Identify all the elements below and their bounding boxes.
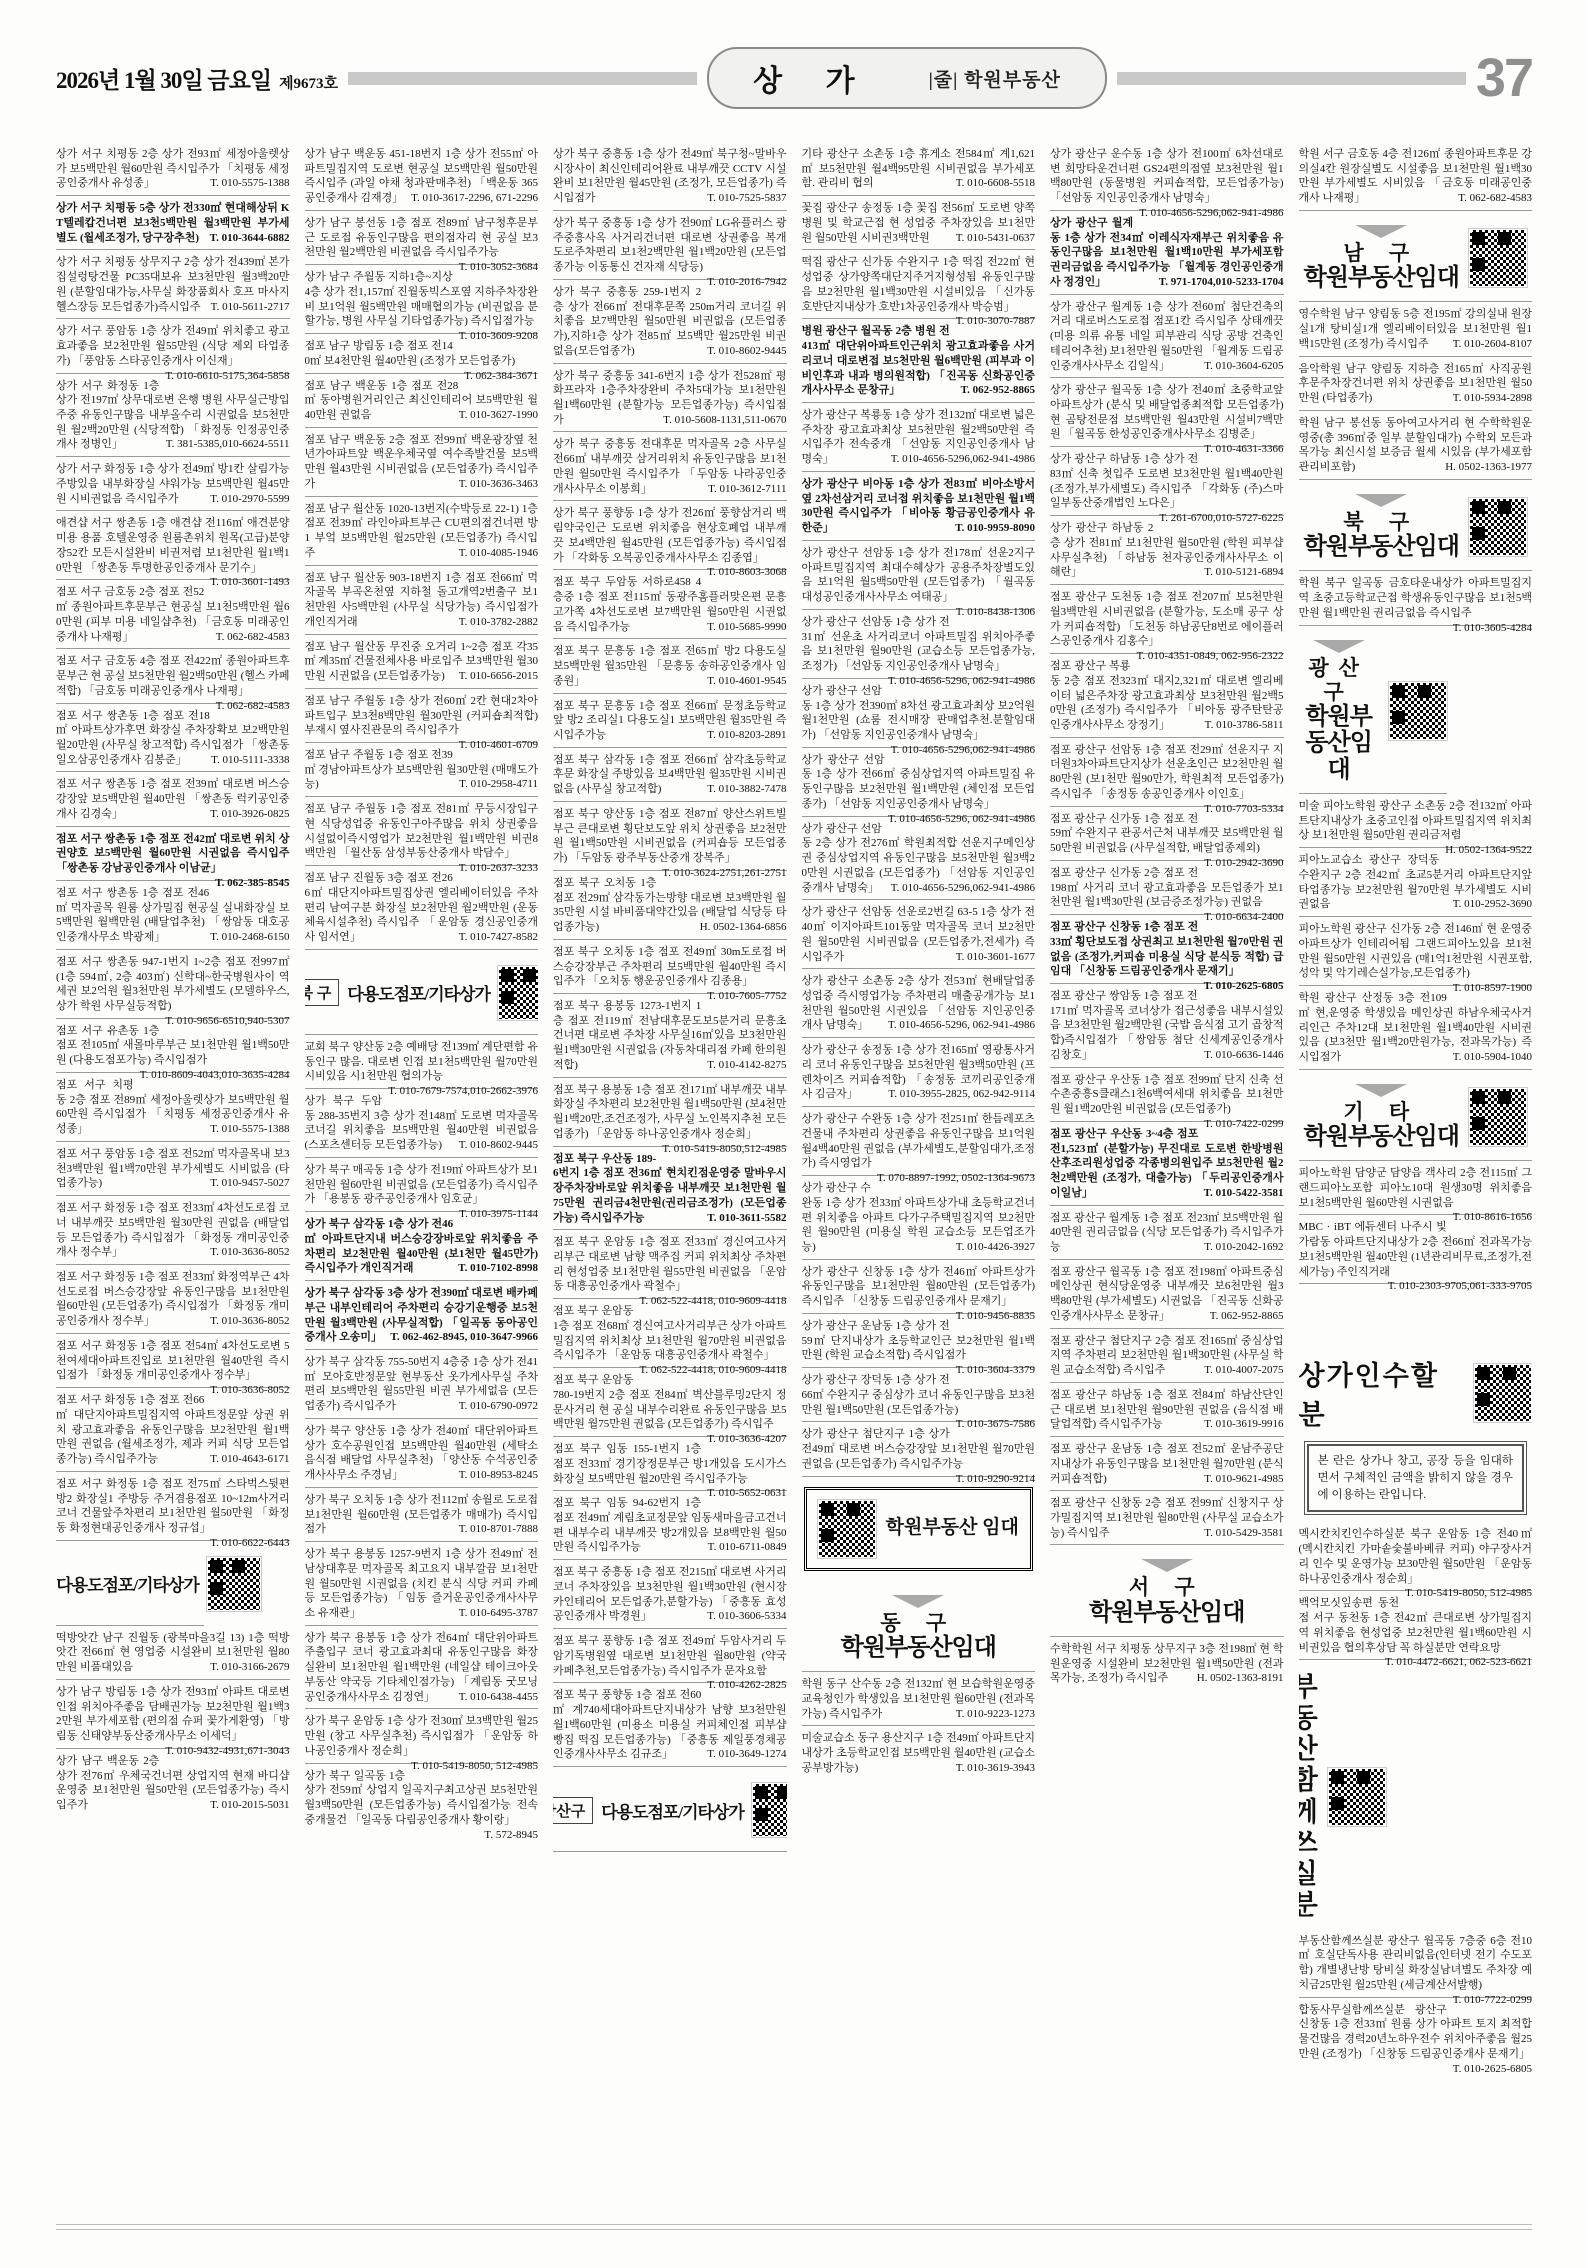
listing-phone: T. 010-9656-6510,940-5307 — [159, 1014, 289, 1029]
academy-region-label: 학원부동산임대 — [841, 1635, 996, 1661]
listing-ad: 상가 북구 운암동 1층 상가 전30㎡ 보3백만원 월25만원 (창고 사무실… — [305, 1709, 539, 1763]
listing-text: 점포 북구 양산동 1층 점포 전87㎡ 양산스위트빌부근 큰대로변 횡단보도앞… — [553, 808, 787, 864]
listing-phone: T. 010-3604-6205 — [1198, 359, 1283, 374]
listing-text: 상가 광산구 운수동 1층 상가 전100㎡ 6차선대로변 희망타운건너편 GS… — [1050, 148, 1284, 204]
listing-phone: T. 010-5111-3338 — [205, 753, 289, 768]
listing-ad: 상가 남구 주월동 지하1층~지상4층 상가 전1,157㎡ 진월동빅스포옆 지… — [305, 265, 539, 334]
listing-phone: T. 010-6495-3787 — [453, 1606, 538, 1621]
district-section-label: 다용도점포/기타상가 — [601, 1798, 744, 1823]
share-title-line1: 부동산 — [1299, 1672, 1318, 1765]
listing-phone: H. 0502-1364-6856 — [694, 920, 787, 935]
listing-phone: T. 010-2468-6150 — [204, 930, 289, 945]
listing-ad: 점포 북구 중흥동 1층 점포 전215㎡ 대로변 사거리 코너 주차장있음 보… — [553, 1560, 787, 1629]
listing-phone: T. 010-3636-8052 — [204, 1383, 289, 1398]
listing-phone: T. 010-3955-2825, 062-942-9114 — [882, 1087, 1035, 1102]
listing-phone: T. 010-2952-3690 — [1447, 897, 1532, 912]
listing-ad: 떡집 광산구 신가동 수완지구 1층 떡집 전22㎡ 현 성업중 상가양쪽대단지… — [802, 250, 1036, 319]
academy-region-label: 학원부동산임대 — [1089, 1600, 1244, 1626]
listing-phone: T. 010-2604-8107 — [1447, 337, 1532, 352]
listing-text: 피아노학원 담양군 담양읍 객사리 2층 전115㎡ 그랜드피아노포함 피아노1… — [1299, 1167, 1533, 1208]
listing-text: 상가 광산구 장덕동 1층 상가 전66㎡ 수완지구 중심상가 코너 유동인구많… — [802, 1374, 1036, 1415]
listing-phone: T. 010-4601-6709 — [453, 738, 538, 753]
section-pill: 상 가 |줄| 학원부동산 — [707, 47, 1107, 109]
listing-phone: T. 010-3786-5811 — [1199, 718, 1284, 733]
listing-text: 피아노학원 광산구 신가동 2층 전146㎡ 현 운영중 아파트상가 인테리어됨… — [1299, 923, 1533, 979]
listing-phone: T. 010-7679-7574,010-2662-3976 — [382, 1084, 538, 1099]
academy-region-stack: 북 구학원부동산임대 — [1304, 494, 1459, 561]
share-title-line2: 함께 쓰실 분 — [1299, 1765, 1318, 1920]
academy-region-name: 동 구 — [841, 1611, 996, 1635]
listing-phone: T. 062-522-4418, 010-9609-4418 — [633, 1294, 786, 1309]
listing-ad: 상가 북구 일곡동 1층 상가 전59㎡ 상업지 일곡지구최고상권 보5천만원 … — [305, 1764, 539, 1832]
listing-ad: 상가 북구 매곡동 1층 상가 전19㎡ 아파트상가 보1천만원 월60만원 비… — [305, 1158, 539, 1212]
listing-phone: T. 010-2625-6805 — [1447, 2062, 1532, 2077]
listing-ad: 상가 광산구 비아동 1층 상가 전83㎡ 비아소방서옆 2차선삼거리 코너접 … — [802, 472, 1036, 541]
listing-ad: 점포 북구 임동 94-62번지 1층 점포 전49㎡ 계림초교정문앞 임동새마… — [553, 1491, 787, 1560]
listing-phone: T. 010-3636-8052 — [204, 1314, 289, 1329]
listing-ad: 점포 광산구 운남동 1층 점포 전52㎡ 운남주공단지내상가 유동인구많음 보… — [1050, 1437, 1284, 1491]
listing-text: 점포 광산구 선암동 1층 점포 전29㎡ 선운지구 지더원3차아파트단지상가 … — [1050, 744, 1284, 800]
listing-text: 상가 광산구 신창동 1층 상가 전46㎡ 아파트상가 유동인구많음 보1천만원… — [802, 1266, 1036, 1307]
listing-phone: T. 010-9290-9214 — [950, 1472, 1035, 1487]
listing-ad: 점포 광산구 신창동 2층 점포 전99㎡ 신창지구 상가밀집지역 보1천만원 … — [1050, 1491, 1284, 1545]
listing-text: 점포 남구 방림동 1층 점포 전140㎡ 보4천만원 월40만원 (조정가 모… — [305, 340, 516, 367]
listing-phone: T. 010-3601-1677 — [950, 950, 1035, 965]
qr-code-icon — [1389, 682, 1447, 740]
listing-ad: 백억모싯잎송편 동천점 서구 동천동 1층 전42㎡ 큰대로변 상가밀집지역 위… — [1299, 1591, 1533, 1660]
listing-ad: 점포 광산구 하남동 1층 점포 전84㎡ 하남산단인근 대로변 보1천만원 월… — [1050, 1383, 1284, 1437]
listing-phone: T. 062-682-4583 — [1452, 191, 1532, 206]
listing-text: 상가 남구 봉선동 1층 점포 전89㎡ 남구청후문부근 도로접 유동인구많음 … — [305, 217, 539, 258]
listing-phone: T. 010-9959-8090 — [949, 521, 1035, 536]
listing-phone: T. 062-682-4583 — [210, 699, 290, 714]
listing-phone: T. 010-4656-5296, 062-941-4986 — [882, 812, 1035, 827]
listing-text: 점포 서구 쌍촌동 947-1번지 1~2층 점포 전997㎡ (1층 594㎡… — [56, 956, 290, 1012]
listing-phone: T. 010-9456-8835 — [950, 1309, 1035, 1324]
listing-phone: T. 010-3606-5334 — [701, 1609, 786, 1624]
listing-phone: T. 010-9621-4985 — [1198, 1472, 1283, 1487]
listing-phone: T. 010-3975-1144 — [453, 1207, 538, 1222]
listing-phone: T. 010-3649-1274 — [701, 1747, 786, 1762]
listing-phone: T. 010-3612-7111 — [702, 482, 786, 497]
listing-text: 점포 서구 화정동 1층 점포 전75㎡ 스타벅스뒷편 방2 화장실1 주방등 … — [56, 1478, 290, 1534]
listing-ad: 상가 광산구 선암동 1층 상가 전31㎡ 선운초 사거리코너 아파트밀집 위치… — [802, 610, 1036, 679]
header-rule-left — [348, 72, 697, 85]
district-section-label: 다용도점포/기타상가 — [56, 1571, 199, 1596]
listing-text: 점포 서구 화정동 1층 점포 전54㎡ 4차선도로변 5천여세대아파트진입로 … — [56, 1340, 290, 1381]
listing-ad: 상가 북구 중흥동 1층 상가 전49㎡ 북구청~말바우시장사이 최신인테리어완… — [553, 142, 787, 211]
listing-text: 상가 광산구 선암동 1층 상가 전31㎡ 선운초 사거리코너 아파트밀집 위치… — [802, 616, 1036, 672]
listing-ad: 합동사무실함께쓰실분 광산구 신창동 1층 전33㎡ 원룸 상가 아파트 토지 … — [1299, 1998, 1533, 2066]
listing-phone: T. 010-2016-7942 — [701, 275, 786, 290]
triangle-down-icon — [1141, 1559, 1193, 1572]
listing-phone: T. 010-2015-5031 — [204, 1798, 289, 1813]
listing-text: 합동사무실함께쓰실분 광산구 신창동 1층 전33㎡ 원룸 상가 아파트 토지 … — [1299, 2004, 1533, 2060]
listing-text: 점포 북구 임동 155-1번지 1층 점포 전33㎡ 경기장정문부근 방1개있… — [553, 1443, 787, 1484]
triangle-down-icon — [1313, 640, 1365, 653]
section-subtitle: |줄| 학원부동산 — [929, 65, 1061, 92]
listing-ad: 점포 서구 화정동 1층 점포 전33㎡ 4차선도로접 코너 내부깨끗 보5백만… — [56, 1196, 290, 1265]
listing-ad: 상가 북구 두암동 288-35번지 3층 상가 전148㎡ 도로변 먹자골목 … — [305, 1089, 539, 1158]
listing-ad: 점포 남구 월산동 무진중 오거리 1~2층 점포 각35㎡ 계35㎡ 건물전체… — [305, 635, 539, 689]
listing-ad: 점포 서구 쌍촌동 1층 점포 전42㎡ 대로변 위치 상권양호 보5백만원 월… — [56, 827, 290, 881]
listing-ad: 피아노교습소 광산구 장덕동 수완지구 2층 전42㎡ 초교5분거리 아파트단지… — [1299, 848, 1533, 917]
listing-ad: 상가 남구 백운동 2층 상가 전76㎡ 우체국건너편 상업지역 현재 바디샵운… — [56, 1749, 290, 1817]
share-title: 부동산함께 쓰실 분 — [1299, 1672, 1318, 1920]
listing-phone: T. 010-4142-8275 — [701, 1058, 786, 1073]
listing-text: 점포 북구 풍향동 1층 점포 전49㎡ 두암사거리 두암기독병원옆 대로변 보… — [553, 1635, 787, 1676]
listing-phone: T. 062-384-3671 — [458, 369, 538, 384]
listing-ad: 점포 북구 삼각동 1층 점포 전66㎡ 삼각초등학교후문 화장실 주방있음 보… — [553, 748, 787, 802]
listing-ad: 상가 북구 삼각동 3층 상가 전390㎡ 대로변 배카페부근 내부인테리어 주… — [305, 1281, 539, 1350]
district-chip: 북 구 — [305, 979, 340, 1006]
listing-text: 점포 서구 유촌동 1층 점포 전105㎡ 새몰마루부근 보1천만원 월1백50… — [56, 1025, 290, 1066]
listing-ad: 점포 북구 운암동 1층 점포 전68㎡ 경신여고사거리부근 상가 아파트밀집지… — [553, 1299, 787, 1368]
listing-ad: 음악학원 남구 양림동 지하층 전165㎡ 사직공원 후문주차장건너편 위치 상… — [1299, 357, 1533, 411]
listing-text: 상가 남구 주월동 지하1층~지상4층 상가 전1,157㎡ 진월동빅스포옆 지… — [305, 271, 539, 327]
column-5: 상가 광산구 운수동 1층 상가 전100㎡ 6차선대로변 희망타운건너편 GS… — [1050, 142, 1284, 2222]
listing-ad: 점포 서구 화정동 1층 점포 전33㎡ 화정역부근 4차선도로접 버스승강장앞… — [56, 1265, 290, 1334]
listing-phone: T. 010-4656-5296,062-941-4986 — [885, 743, 1035, 758]
listing-ad: 상가 북구 중흥동 341-6번지 1층 상가 전528㎡ 평화프라자 1층주차… — [553, 364, 787, 433]
listing-ad: 점포 서구 쌍촌동 1층 점포 전18㎡ 아파트상가후면 화장실 주차장확보 보… — [56, 704, 290, 773]
academy-region-stack: 서 구학원부동산임대 — [1089, 1559, 1244, 1626]
listing-phone: T. 010-7427-8582 — [453, 930, 538, 945]
listing-phone: T. 010-2942-3690 — [1198, 856, 1283, 871]
listing-ad: 상가 광산구 선암동 1층 상가 전66㎡ 중심상업지역 아파트밀집 유동인구많… — [802, 748, 1036, 817]
listing-ad: 떡방앗간 남구 진월동 (광복마을3길 13) 1층 떡방앗간 전66㎡ 현 영… — [56, 1626, 290, 1680]
listing-phone: T. 010-3619-9916 — [1198, 1417, 1283, 1432]
takeover-section-header: 상가인수할분 — [1299, 1342, 1533, 1440]
academy-region-name: 광산구 — [1299, 656, 1379, 704]
listing-ad: 점포 남구 월산동 1020-13번지(수박등로 22-1) 1층 점포 전39… — [305, 497, 539, 566]
listing-text: 상가 광산구 수완동 1층 상가 전251㎡ 한듬레포츠건물내 주차편리 상권좋… — [802, 1113, 1036, 1169]
listing-ad: 상가 남구 백운동 451-18번지 1층 상가 전55㎡ 아파트밀집지역 도로… — [305, 142, 539, 211]
listing-ad: 점포 남구 월산동 903-18번지 1층 점포 전66㎡ 먹자골목 부곡온천옆… — [305, 566, 539, 635]
qr-code-icon — [752, 1783, 787, 1837]
listing-text: 점포 북구 운암동 1층 점포 전33㎡ 경신여고사거리부근 대로변 남향 맥주… — [553, 1236, 787, 1292]
academy-rent-qr-label: 학원부동산 임대 — [886, 1517, 1019, 1540]
listing-ad: 점포 북구 풍향동 1층 점포 전49㎡ 두암사거리 두암기독병원옆 대로변 보… — [553, 1629, 787, 1683]
listing-ad: 상가 북구 삼각동 1층 상가 전46㎡ 아파트단지내 버스승강장바로앞 위치좋… — [305, 1212, 539, 1281]
classified-columns: 상가 서구 치평동 2층 상가 전93㎡ 세정아울렛상가 보5백만원 월60만원… — [56, 142, 1532, 2222]
listing-ad: 상가 북구 용봉동 1층 상가 전64㎡ 대단위아파트 주출입구 코너 광고효과… — [305, 1626, 539, 1710]
listing-text: 상가 광산구 선암동 1층 상가 전178㎡ 선운2지구 아파트밀집지역 최대수… — [802, 547, 1036, 603]
listing-phone: T. 010-4085-1946 — [453, 546, 538, 561]
listing-phone: T. 010-5608-1131,511-0670 — [657, 413, 786, 428]
listing-phone: T. 010-4656-5296,062-941-4986 — [1133, 206, 1283, 221]
listing-text: 점포 광산구 신창동 1층 점포 전33㎡ 횡단보도접 상권최고 보1천만원 월… — [1050, 921, 1284, 977]
listing-ad: 점포 북구 우산동 189-6번지 1층 점포 전36㎡ 현치킨점운영중 말바우… — [553, 1147, 787, 1231]
triangle-down-icon — [1355, 225, 1407, 238]
listing-text: 점포 남구 주월동 1층 점포 전81㎡ 무등시장입구 현 식당성업중 유동인구… — [305, 803, 539, 859]
listing-phone: T. 010-4656-5296,062-941-4986 — [885, 452, 1035, 467]
listing-text: 상가 북구 운암동 1층 상가 전30㎡ 보3백만원 월25만원 (창고 사무실… — [305, 1715, 539, 1756]
listing-ad: 상가 광산구 운수동 1층 상가 전100㎡ 6차선대로변 희망타운건너편 GS… — [1050, 142, 1284, 211]
listing-text: 교회 북구 양산동 2층 예배당 전139㎡ 계단편함 유동인구 많음. 대로변… — [305, 1041, 539, 1082]
share-section-header: 부동산함께 쓰실 분 — [1299, 1660, 1379, 1928]
listing-text: 상가 광산구 월곡동 1층 상가 전40㎡ 초중학교앞 아파트상가 (분식 및 … — [1050, 384, 1284, 440]
column-3: 상가 북구 중흥동 1층 상가 전49㎡ 북구청~말바우시장사이 최신인테리어완… — [553, 142, 787, 2222]
listing-ad: 상가 광산구 하남동 2층 상가 전81㎡ 보1천만원 월50만원 (학원 피부… — [1050, 516, 1284, 585]
academy-region-header: 기 타학원부동산임대 — [1299, 1070, 1533, 1162]
column-2: 상가 남구 백운동 451-18번지 1층 상가 전55㎡ 아파트밀집지역 도로… — [305, 142, 539, 2222]
listing-ad: 점포 북구 운암동 1층 점포 전33㎡ 경신여고사거리부근 대로변 남향 맥주… — [553, 1230, 787, 1299]
listing-ad: 상가 광산구 선암동 2층 상가 전276㎡ 학원최적합 선운지구메인상권 중심… — [802, 817, 1036, 901]
listing-phone: T. 010-8597-1900 — [1447, 981, 1532, 996]
listing-text: 상가 광산구 선암동 1층 상가 전390㎡ 8차선 광고효과최상 보2억원 월… — [802, 685, 1036, 741]
listing-phone: T. 010-8609-4043,010-3635-4284 — [134, 1068, 290, 1083]
listing-ad: 상가 광산구 월계동 1층 상가 전34㎡ 이레식자재부근 위치좋음 유동인구많… — [1050, 211, 1284, 295]
listing-ad: 점포 남구 진월동 3층 점포 전266㎡ 대단지아파트밀집상권 엘리베이터있음… — [305, 866, 539, 950]
listing-ad: 상가 북구 중흥동 259-1번지 2층 상가 전66㎡ 전대후문쪽 250m거… — [553, 280, 787, 364]
listing-phone: T. 010-4656-5296,062-941-4986 — [885, 881, 1035, 896]
district-section-label: 다용도점포/기타상가 — [347, 980, 490, 1005]
listing-phone: T. 010-7422-0299 — [1198, 1117, 1283, 1132]
listing-ad: 상가 북구 풍향동 1층 상가 전26㎡ 풍향삼거리 백림약국인근 도로변 위치… — [553, 501, 787, 570]
masthead: 2026년 1월 30일 금요일 제9673호 상 가 |줄| 학원부동산 37 — [56, 52, 1532, 104]
academy-region-stack: 남 구학원부동산임대 — [1304, 225, 1459, 292]
listing-phone: T. 010-3882-7478 — [701, 782, 786, 797]
listing-phone: T. 062-522-4418, 010-9609-4418 — [633, 1363, 786, 1378]
academy-region-name: 기 타 — [1304, 1100, 1459, 1124]
listing-phone: T. 010-4472-6621, 062-523-6621 — [1379, 1655, 1532, 1670]
listing-text: 점포 광산구 우산동 1층 점포 전99㎡ 단지 신축 선수촌중흥S클래스1천6… — [1050, 1074, 1284, 1115]
listing-ad: 상가 북구 중흥동 전대후문 먹자골목 2층 사무실 전66㎡ 내부깨끗 삼거리… — [553, 432, 787, 501]
listing-ad: 상가 북구 중흥동 1층 상가 전90㎡ LG유플러스 광주중흥사옥 사거리건너… — [553, 211, 787, 280]
listing-phone: T. 010-5419-8050, 512-4985 — [405, 1759, 538, 1774]
listing-ad: 점포 북구 풍향동 1층 점포 전60㎡ 계740세대아파트단지내상가 남향 보… — [553, 1683, 787, 1767]
listing-text: 점포 광산구 도천동 1층 점포 전207㎡ 보5천만원 월3백만원 시비권없음… — [1050, 591, 1284, 647]
listing-ad: 점포 광산구 쌍암동 1층 점포 전171㎡ 먹자골목 코너상가 접근성좋음 내… — [1050, 984, 1284, 1068]
listing-phone: T. 070-8897-1992, 0502-1364-9673 — [871, 1171, 1035, 1186]
listing-phone: T. 010-2637-3233 — [453, 861, 538, 876]
listing-text: 점포 북구 용봉동 1층 점포 전171㎡ 내부깨끗 내부화장실 주차편리 보2… — [553, 1084, 787, 1140]
academy-region-header: 서 구학원부동산임대 — [1050, 1545, 1284, 1637]
listing-phone: T. 010-5422-3581 — [1198, 1186, 1284, 1201]
listing-text: 점포 남구 주월동 1층 상가 전60㎡ 2칸 현대2차아파트입구 보3천8백만… — [305, 695, 539, 736]
listing-ad: 수학학원 서구 치평동 상무지구 3층 전198㎡ 현 학원운영중 시설완비 보… — [1050, 1637, 1284, 1690]
listing-ad: 상가 서구 풍암동 1층 상가 전49㎡ 위치좋고 광고효과좋음 보2천만원 월… — [56, 319, 290, 373]
listing-ad: 점포 광산구 우산동 1층 점포 전99㎡ 단지 신축 선수촌중흥S클래스1천6… — [1050, 1068, 1284, 1122]
listing-phone: T. 010-8953-8245 — [453, 1468, 538, 1483]
listing-ad: 상가 광산구 월곡동 1층 상가 전40㎡ 초중학교앞 아파트상가 (분식 및 … — [1050, 378, 1284, 447]
listing-text: 점포 서구 쌍촌동 1층 점포 전42㎡ 대로변 위치 상권양호 보5백만원 월… — [56, 833, 290, 874]
listing-ad: MBC · iBT 에듀센터 나주시 빛가람동 아파트단지내상가 2층 전66㎡… — [1299, 1215, 1533, 1284]
listing-ad: 피아노학원 담양군 담양읍 객사리 2층 전115㎡ 그랜드피아노포함 피아노1… — [1299, 1161, 1533, 1215]
listing-ad: 점포 서구 화정동 1층 점포 전54㎡ 4차선도로변 5천여세대아파트진입로 … — [56, 1334, 290, 1388]
header-rule-right — [1117, 72, 1466, 85]
listing-ad: 점포 광산구 복룡동 2층 점포 전323㎡ 대지2,321㎡ 대로변 엘리베이… — [1050, 654, 1284, 738]
issue-number: 제9673호 — [279, 72, 338, 93]
listing-ad: 점포 북구 문흥동 1층 점포 전66㎡ 문정초등학교앞 방2 조리실1 다용도… — [553, 694, 787, 748]
listing-phone: T. 010-4262-2825 — [701, 1678, 786, 1693]
column-6: 학원 서구 금호동 4층 전126㎡ 종원아파트후문 강의실4칸 원장실별도 시… — [1299, 142, 1533, 2222]
listing-phone: T. 010-6438-4455 — [453, 1690, 538, 1705]
listing-ad: 점포 광산구 선암동 1층 점포 전29㎡ 선운지구 지더원3차아파트단지상가 … — [1050, 738, 1284, 807]
listing-phone: T. 062-952-8865 — [1204, 1309, 1284, 1324]
listing-ad: 상가 북구 오치동 1층 상가 전112㎡ 송월로 도로접 보1천만원 월60만… — [305, 1488, 539, 1542]
academy-region-label: 학원부동산임대 — [1304, 1124, 1459, 1150]
listing-phone: T. 010-3926-0825 — [204, 807, 289, 822]
listing-phone: T. 572-8945 — [478, 1828, 538, 1843]
listing-phone: T. 010-5429-3581 — [1198, 1526, 1283, 1541]
academy-region-header: 동 구학원부동산임대 — [802, 1581, 1036, 1673]
listing-phone: T. 010-9457-5027 — [204, 1176, 289, 1191]
listing-phone: T. 010-2625-6805 — [1198, 979, 1284, 994]
listing-phone: T. 010-4656-5296, 062-941-4986 — [882, 1018, 1035, 1033]
listing-ad: 점포 서구 화정동 1층 점포 전75㎡ 스타벅스뒷편 방2 화장실1 주방등 … — [56, 1472, 290, 1541]
academy-region-label: 학원부동산임대 — [1304, 265, 1459, 291]
listing-phone: T. 010-7525-5837 — [701, 191, 786, 206]
qr-code-icon — [1474, 1364, 1532, 1422]
listing-phone: T. 062-385-8545 — [209, 876, 289, 891]
listing-phone: T. 010-6634-2400 — [1198, 910, 1283, 925]
listing-ad: 상가 북구 용봉동 1257-9번지 1층 상가 전49㎡ 전남상대후문 먹자골… — [305, 1542, 539, 1626]
listing-ad: 점포 광산구 도천동 1층 점포 전207㎡ 보5천만원 월3백만원 시비권없음… — [1050, 585, 1284, 654]
listing-phone: T. 010-4631-3366 — [1198, 442, 1283, 457]
triangle-down-icon — [1355, 1084, 1407, 1097]
listing-phone: T. 010-4351-0849, 062-956-2322 — [1130, 649, 1283, 664]
academy-region-name: 북 구 — [1304, 510, 1459, 534]
listing-ad: 멕시칸치킨인수하실분 북구 운암동 1층 전40㎡ (멕시칸치킨 가마솥숯불바베… — [1299, 1522, 1533, 1591]
date-text: 2026년 1월 30일 금요일 — [56, 62, 271, 95]
listing-phone: T. 010-6622-6443 — [204, 1536, 289, 1551]
listing-ad: 점포 북구 오치동 1층 점포 전49㎡ 30m도로접 버스승강장부근 주차편리… — [553, 940, 787, 994]
column-4: 기타 광산구 소촌동 1층 휴게소 전584㎡ 계1,621㎡ 보5천만원 월4… — [802, 142, 1036, 2222]
academy-region-label: 학원부동산임대 — [1299, 704, 1379, 783]
listing-text: 학원 북구 일곡동 금호타운내상가 아파트밀집지역 초중고등학교근접 학생유동인… — [1299, 577, 1533, 618]
listing-phone: T. 010-8616-1656 — [1447, 1210, 1532, 1225]
listing-ad: 상가 광산구 수완동 1층 상가 전33㎡ 아파트상가내 초등학교건너편 위치좋… — [802, 1176, 1036, 1260]
listing-phone: T. 010-3782-2882 — [453, 615, 538, 630]
listing-phone: T. 010-3619-3943 — [950, 1761, 1035, 1776]
listing-phone: T. 010-6790-0972 — [453, 1399, 538, 1414]
academy-region-stack: 광산구학원부동산임대 — [1299, 640, 1379, 783]
listing-text: 부동산함께쓰실분 광산구 월곡동 7층중 6층 전10㎡ 호실단독사용 관리비없… — [1299, 1935, 1533, 1991]
listing-ad: 상가 북구 양산동 1층 상가 전40㎡ 대단위아파트상가 호수공원인접 보5백… — [305, 1419, 539, 1488]
listing-ad: 점포 서구 쌍촌동 1층 점포 전39㎡ 대로변 버스승강장앞 보5백만원 월4… — [56, 772, 290, 826]
listing-ad: 영수학원 남구 양림동 5층 전195㎡ 강의실내 원장실1개 탕비실1개 엘리… — [1299, 302, 1533, 356]
listing-ad: 상가 광산구 선암동 1층 상가 전178㎡ 선운2지구 아파트밀집지역 최대수… — [802, 541, 1036, 610]
listing-text: 미술 피아노학원 광산구 소촌동 2층 전132㎡ 아파트단지내상가 초중고인접… — [1299, 800, 1533, 841]
listing-phone: T. 010-2042-1692 — [1198, 1240, 1283, 1255]
listing-phone: T. 010-8203-2891 — [701, 728, 786, 743]
listing-phone: T. 010-5934-2898 — [1447, 391, 1532, 406]
listing-phone: T. 010-7605-7752 — [701, 989, 786, 1004]
listing-phone: T. 381-5385,010-6624-5511 — [160, 437, 290, 452]
listing-ad: 점포 북구 운암동 780-19번지 2층 점포 전84㎡ 벽산블루밍2단지 정… — [553, 1368, 787, 1437]
listing-phone: T. 010-3605-4284 — [1447, 621, 1532, 636]
district-chip: 광산구 — [553, 1797, 593, 1824]
listing-phone: T. 261-6700,010-5727-6225 — [1153, 511, 1283, 526]
listing-text: 상가 광산구 첨단지구 1층 상가 전49㎡ 대로변 버스승강장앞 보1천만원 … — [802, 1428, 1036, 1469]
listing-text: 애견샵 서구 쌍촌동 1층 애견샵 전116㎡ 애견분양 미용 용품 호텔운영중… — [56, 517, 290, 573]
bottom-rule — [56, 2224, 1532, 2230]
takeover-title: 상가인수할분 — [1299, 1354, 1465, 1432]
listing-ad: 점포 광산구 월곡동 1층 점포 전198㎡ 아파트중심메인상권 현식당운영중 … — [1050, 1260, 1284, 1329]
listing-ad: 상가 서구 화정동 1층 상가 전197㎡ 상무대로변 은행 병원 사무실근방입… — [56, 374, 290, 458]
listing-phone: T. 010-3070-7887 — [950, 314, 1035, 329]
listing-ad: 점포 서구 화정동 1층 점포 전66㎡ 대단지아파트밀집지역 아파트정문앞 상… — [56, 1388, 290, 1472]
qr-code-icon — [207, 1557, 261, 1611]
listing-phone: T. 010-4601-9545 — [701, 674, 786, 689]
listing-text: 점포 서구 금호동 4층 점포 전422㎡ 종원아파트후문부근 현 공실 보5천… — [56, 655, 290, 696]
listing-ad: 상가 서구 치평동 2층 상가 전93㎡ 세정아울렛상가 보5백만원 월60만원… — [56, 142, 290, 196]
listing-phone: T. 010-4643-6171 — [204, 1452, 289, 1467]
listing-text: 상가 서구 풍암동 1층 상가 전49㎡ 위치좋고 광고효과좋음 보2천만원 월… — [56, 325, 290, 366]
listing-text: 점포 광산구 신가동 1층 점포 전59㎡ 수완지구 관공서근처 내부깨끗 보5… — [1050, 813, 1284, 854]
qr-code-icon — [1469, 498, 1527, 556]
academy-region-stack: 동 구학원부동산임대 — [841, 1595, 996, 1662]
qr-code-icon — [1469, 1088, 1527, 1146]
listing-phone: T. 010-8602-9445 — [453, 1138, 538, 1153]
listing-phone: T. 010-8603-3068 — [701, 565, 786, 580]
triangle-down-icon — [1355, 494, 1407, 507]
listing-text: 상가 북구 중흥동 1층 상가 전90㎡ LG유플러스 광주중흥사옥 사거리건너… — [553, 217, 787, 273]
listing-ad: 점포 북구 오치동 1층 점포 전29㎡ 삼각동가는방향 대로변 보3백만원 월… — [553, 871, 787, 940]
listing-phone: T. 010-5611-2717 — [205, 300, 290, 315]
listing-text: 점포 북구 운암동 1층 점포 전68㎡ 경신여고사거리부근 상가 아파트밀집지… — [553, 1305, 787, 1361]
listing-ad: 점포 남구 주월동 1층 상가 전60㎡ 2칸 현대2차아파트입구 보3천8백만… — [305, 689, 539, 743]
listing-text: 상가 북구 풍향동 1층 상가 전26㎡ 풍향삼거리 백림약국인근 도로변 위치… — [553, 507, 787, 563]
listing-phone: T. 010-6608-5518 — [950, 176, 1035, 191]
listing-ad: 학원 동구 산수동 2층 전132㎡ 현 보습학원운영중 교육청인가 학생있음 … — [802, 1672, 1036, 1726]
listing-ad: 점포 북구 문흥동 1층 점포 전65㎡ 방2 다용도실 보5백만원 월35만원… — [553, 639, 787, 693]
listing-phone: T. 010-5419-8050,512-4985 — [656, 1142, 786, 1157]
takeover-note: 본 란은 상가나 창고, 공장 등을 임대하면서 구체적인 금액을 밝히지 않을… — [1307, 1444, 1525, 1512]
listing-ad: 점포 남구 백운동 2층 점포 전99㎡ 백운광장옆 천년가아파트앞 백운우체국… — [305, 428, 539, 497]
qr-code-icon — [818, 1500, 876, 1558]
listing-text: 상가 광산구 운남동 1층 상가 전59㎡ 단지내상가 초등학교인근 보2천만원… — [802, 1320, 1036, 1361]
listing-ad: 상가 남구 봉선동 1층 점포 전89㎡ 남구청후문부근 도로접 유동인구많음 … — [305, 211, 539, 265]
listing-ad: 점포 광산구 신창동 1층 점포 전33㎡ 횡단보도접 상권최고 보1천만원 월… — [1050, 915, 1284, 984]
academy-region-name: 서 구 — [1089, 1575, 1244, 1599]
listing-ad: 점포 북구 용봉동 1층 점포 전171㎡ 내부깨끗 내부화장실 주차편리 보2… — [553, 1078, 787, 1147]
academy-region-header: 광산구학원부동산임대 — [1299, 626, 1447, 794]
listing-phone: T. 010-3636-3463 — [453, 477, 538, 492]
listing-phone: T. 010-6610-5175,364-5858 — [159, 369, 289, 384]
listing-phone: T. 010-7703-5334 — [1198, 802, 1283, 817]
listing-phone: T. 010-3624-2751,261-2751 — [656, 866, 786, 881]
academy-region-header: 북 구학원부동산임대 — [1299, 480, 1533, 572]
listing-phone: T. 010-3052-3684 — [453, 260, 538, 275]
listing-ad: 점포 서구 금호동 4층 점포 전422㎡ 종원아파트후문부근 현 공실 보5천… — [56, 649, 290, 703]
listing-text: 상가 북구 매곡동 1층 상가 전19㎡ 아파트상가 보1천만원 월60만원 비… — [305, 1164, 539, 1205]
listing-text: 점포 북구 운암동 780-19번지 2층 점포 전84㎡ 벽산블루밍2단지 정… — [553, 1374, 787, 1430]
listing-ad: 상가 광산구 복룡동 1층 상가 전132㎡ 대로변 넓은주차장 광고효과최상 … — [802, 403, 1036, 472]
listing-ad: 학원 남구 봉선동 동아여고사거리 현 수학학원운영중(총 396㎡중 일부 분… — [1299, 411, 1533, 480]
listing-ad: 상가 서구 치평동 상무지구 2층 상가 전439㎡ 본가집설렁탕건물 PC35… — [56, 250, 290, 319]
listing-ad: 점포 서구 풍암동 1층 점포 전52㎡ 먹자골목내 보3천3백만원 월1백70… — [56, 1142, 290, 1196]
academy-region-name: 남 구 — [1304, 241, 1459, 265]
listing-phone: T. 010-5904-1040 — [1447, 1050, 1532, 1065]
listing-phone: T. 010-5419-8050, 512-4985 — [1399, 1586, 1532, 1601]
triangle-down-icon — [892, 1595, 944, 1608]
listing-phone: T. 010-6656-2015 — [453, 669, 538, 684]
listing-ad: 상가 광산구 하남동 1층 상가 전83㎡ 신축 첫입주 도로변 보3천만원 월… — [1050, 447, 1284, 516]
listing-ad: 애견샵 서구 쌍촌동 1층 애견샵 전116㎡ 애견분양 미용 용품 호텔운영중… — [56, 511, 290, 580]
listing-phone: T. 010-8602-9445 — [701, 344, 786, 359]
listing-phone: T. 062-462-8945, 010-3647-9966 — [384, 1330, 538, 1345]
listing-ad: 상가 광산구 소촌동 2층 상가 전53㎡ 현배달업종 성업중 즉시영업가능 주… — [802, 969, 1036, 1038]
academy-region-header: 남 구학원부동산임대 — [1299, 211, 1533, 303]
listing-ad: 점포 북구 두암동 서하로458 4층중 1층 점포 전115㎡ 동광주홈플러맞… — [553, 570, 787, 639]
listing-ad: 점포 남구 주월동 1층 점포 전81㎡ 무등시장입구 현 식당성업중 유동인구… — [305, 797, 539, 866]
listing-phone: T. 010-5575-1388 — [204, 176, 289, 191]
listing-phone: T. 010-5431-0637 — [950, 231, 1035, 246]
listing-phone: T. 010-5121-6894 — [1198, 565, 1283, 580]
